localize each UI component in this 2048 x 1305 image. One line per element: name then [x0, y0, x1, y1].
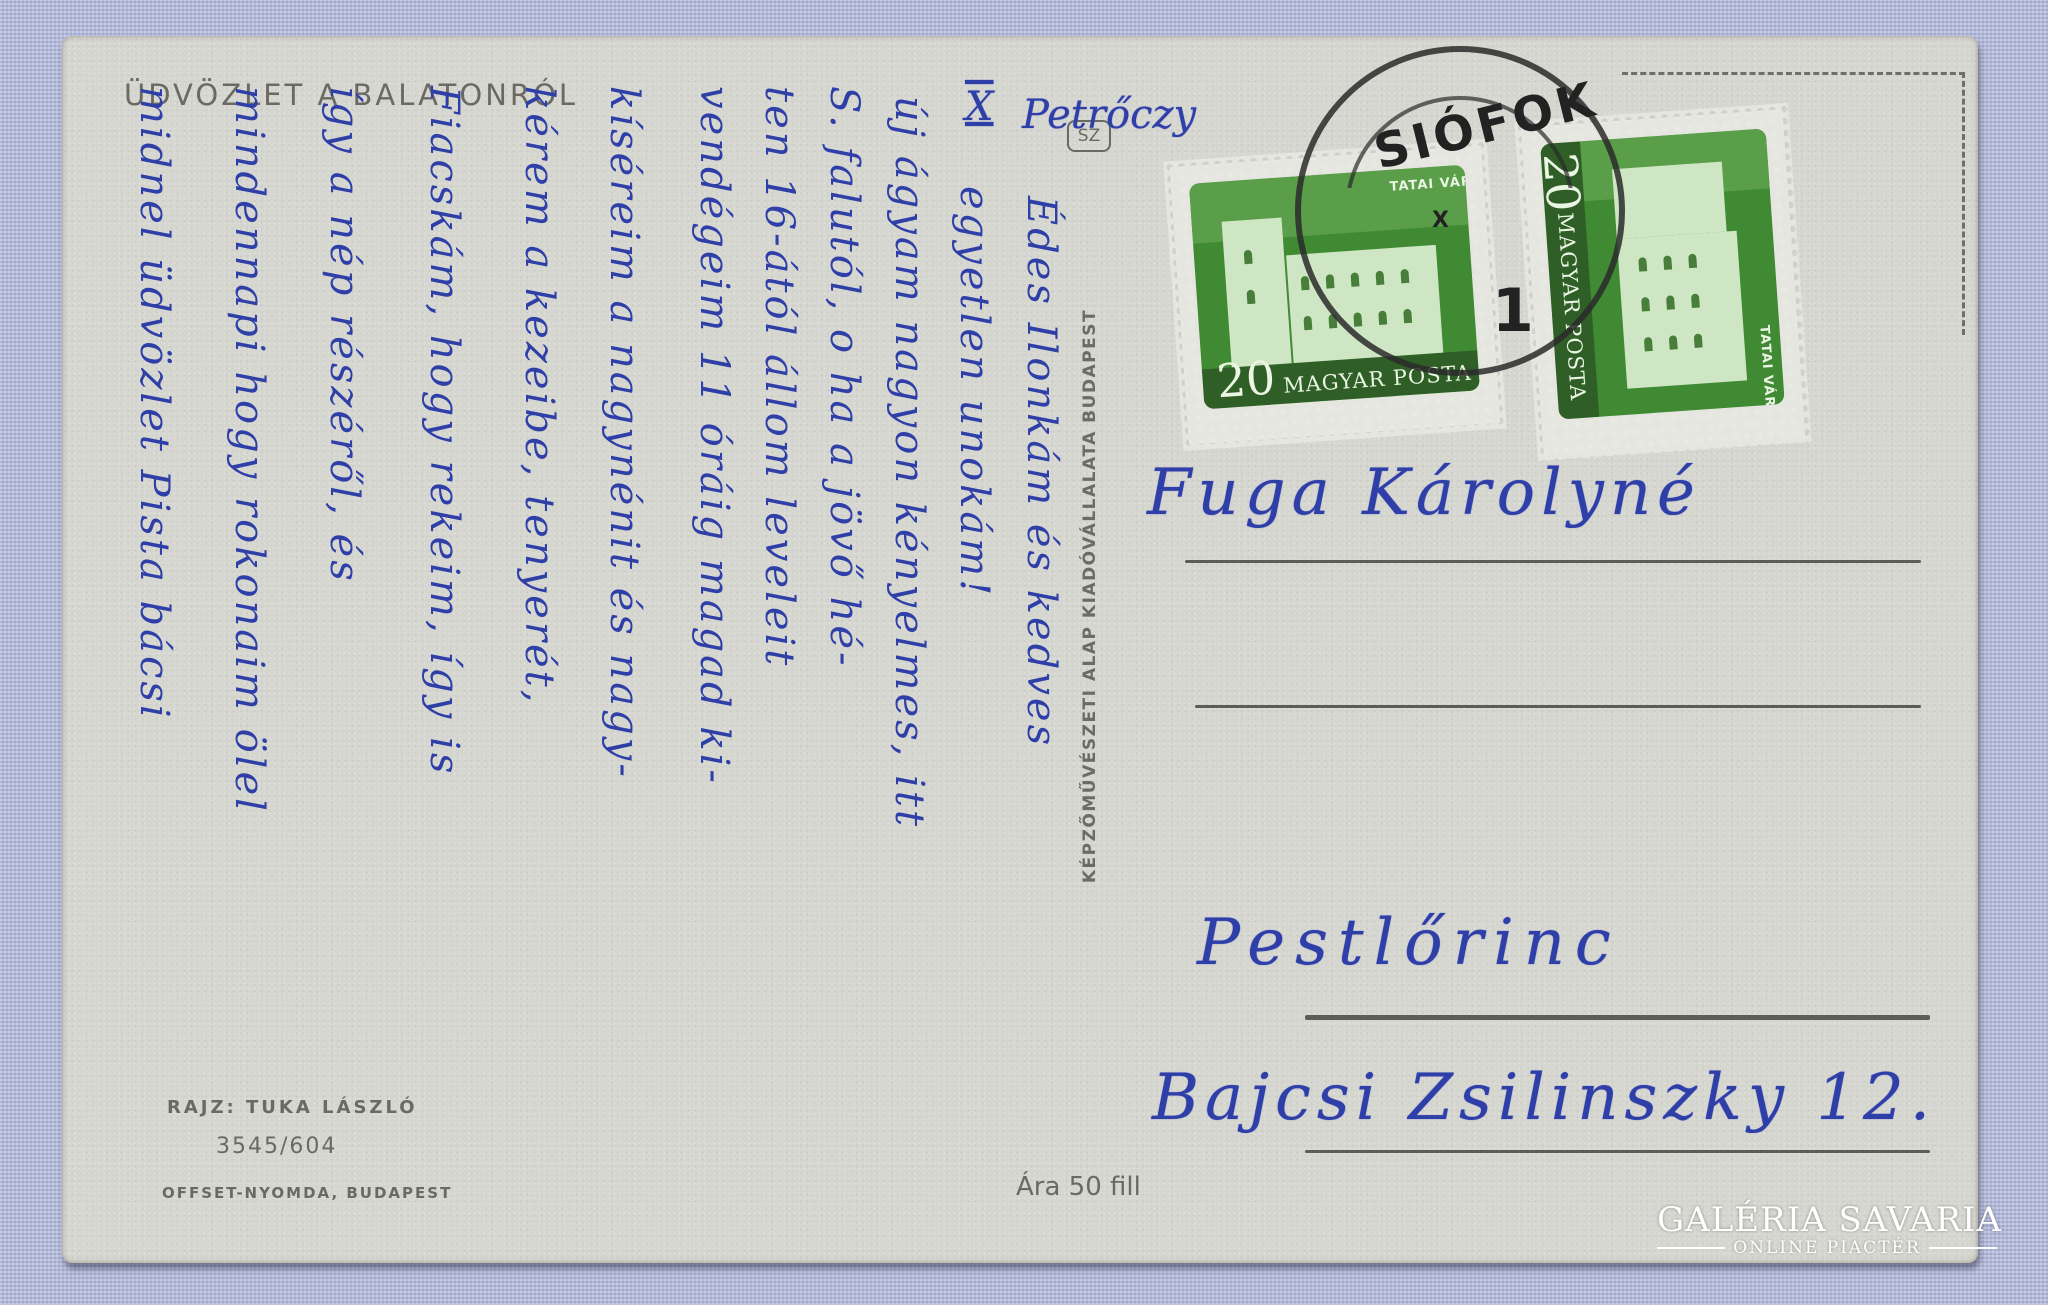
- catalog-number: 3545/604: [216, 1134, 337, 1159]
- address-line-4: [1305, 1150, 1930, 1153]
- address-line-2: [1195, 705, 1921, 708]
- recipient-city: Pestlőrinc: [1197, 906, 1621, 980]
- publisher-line: KÉPZŐMŰVÉSZETI ALAP KIADÓVÁLLALATA BUDAP…: [1080, 309, 1100, 883]
- price-label: Ára 50 fill: [1016, 1172, 1141, 1202]
- address-line-3: [1305, 1015, 1930, 1020]
- watermark-brand: GALÉRIA SAVARIA: [1657, 1200, 1997, 1240]
- printer-credit: OFFSET-NYOMDA, BUDAPEST: [162, 1184, 452, 1202]
- castle-tower-icon: [1612, 162, 1727, 240]
- stamp-1-value: 20: [1215, 350, 1277, 408]
- castle-tower-icon: [1222, 218, 1292, 372]
- watermark-rule-left: [1657, 1247, 1725, 1249]
- address-line-1: [1185, 560, 1921, 563]
- recipient-street: Bajcsi Zsilinszky 12.: [1152, 1061, 1936, 1135]
- sender-district: X: [965, 84, 993, 130]
- watermark-rule-right: [1929, 1247, 1997, 1249]
- artist-credit: RAJZ: TUKA LÁSZLÓ: [167, 1097, 418, 1118]
- sender-name: Petrőczy: [1022, 92, 1196, 138]
- postmark-date: X: [1432, 208, 1449, 233]
- recipient-name: Fuga Károlyné: [1147, 456, 1701, 530]
- postcard: ÜDVÖZLET A BALATONRÓL RAJZ: TUKA LÁSZLÓ …: [62, 36, 1978, 1263]
- castle-palace-icon: [1617, 231, 1747, 389]
- postmark-number: 1: [1492, 276, 1538, 346]
- stamp-2-caption: TATAI VÁR: [1756, 325, 1777, 408]
- watermark: GALÉRIA SAVARIA ONLINE PIACTÉR: [1657, 1200, 1997, 1258]
- watermark-tagline: ONLINE PIACTÉR: [1733, 1238, 1921, 1258]
